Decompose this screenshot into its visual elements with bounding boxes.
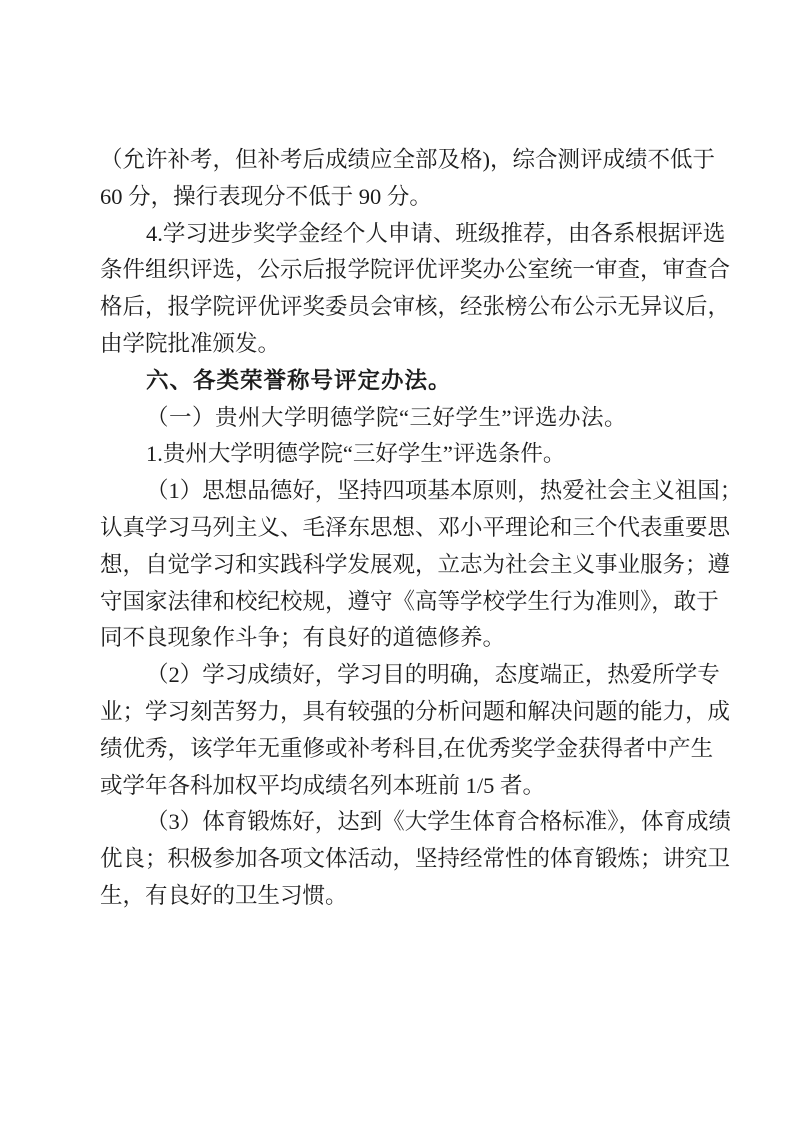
text-line: 条件组织评选，公示后报学院评优评奖办公室统一审查，审查合	[100, 252, 700, 289]
text-line: 守国家法律和校纪校规，遵守《高等学校学生行为准则》，敢于	[100, 584, 700, 621]
text-line: 或学年各科加权平均成绩名列本班前 1/5 者。	[100, 768, 700, 805]
text-line: （3）体育锻炼好，达到《大学生体育合格标准》，体育成绩	[100, 804, 700, 841]
text-line: 优良；积极参加各项文体活动，坚持经常性的体育锻炼；讲究卫	[100, 841, 700, 878]
text-line: 格后，报学院评优评奖委员会审核，经张榜公布公示无异议后，	[100, 289, 700, 326]
subsection-1-heading: （一）贵州大学明德学院“三好学生”评选办法。	[100, 400, 700, 437]
section-heading-text: 六、各类荣誉称号评定办法。	[100, 363, 700, 400]
subsection-heading-text: （一）贵州大学明德学院“三好学生”评选办法。	[100, 400, 700, 437]
text-line: （允许补考，但补考后成绩应全部及格)，综合测评成绩不低于	[100, 142, 700, 179]
item-1-conditions-heading: 1.贵州大学明德学院“三好学生”评选条件。	[100, 436, 700, 473]
paragraph-item-4-progress-scholarship: 4.学习进步奖学金经个人申请、班级推荐，由各系根据评选 条件组织评选，公示后报学…	[100, 216, 700, 363]
text-line: 同不良现象作斗争；有良好的道德修养。	[100, 620, 700, 657]
text-line: 60 分，操行表现分不低于 90 分。	[100, 179, 700, 216]
text-line: 业；学习刻苦努力，具有较强的分析问题和解决问题的能力，成	[100, 694, 700, 731]
text-line: 由学院批准颁发。	[100, 326, 700, 363]
text-line: （2）学习成绩好，学习目的明确，态度端正，热爱所学专	[100, 657, 700, 694]
text-line: 生，有良好的卫生习惯。	[100, 878, 700, 915]
paragraph-criterion-2-academic-performance: （2）学习成绩好，学习目的明确，态度端正，热爱所学专 业；学习刻苦努力，具有较强…	[100, 657, 700, 804]
text-line: 想，自觉学习和实践科学发展观，立志为社会主义事业服务；遵	[100, 547, 700, 584]
paragraph-criterion-1-moral-character: （1）思想品德好，坚持四项基本原则，热爱社会主义祖国； 认真学习马列主义、毛泽东…	[100, 473, 700, 657]
document-page: （允许补考，但补考后成绩应全部及格)，综合测评成绩不低于 60 分，操行表现分不…	[0, 0, 793, 1122]
text-line: 1.贵州大学明德学院“三好学生”评选条件。	[100, 436, 700, 473]
document-text-block: （允许补考，但补考后成绩应全部及格)，综合测评成绩不低于 60 分，操行表现分不…	[100, 142, 700, 915]
text-line: （1）思想品德好，坚持四项基本原则，热爱社会主义祖国；	[100, 473, 700, 510]
section-6-heading: 六、各类荣誉称号评定办法。	[100, 363, 700, 400]
text-line: 认真学习马列主义、毛泽东思想、邓小平理论和三个代表重要思	[100, 510, 700, 547]
paragraph-makeup-exam-continuation: （允许补考，但补考后成绩应全部及格)，综合测评成绩不低于 60 分，操行表现分不…	[100, 142, 700, 216]
paragraph-criterion-3-physical-exercise: （3）体育锻炼好，达到《大学生体育合格标准》，体育成绩 优良；积极参加各项文体活…	[100, 804, 700, 914]
text-line: 绩优秀，该学年无重修或补考科目,在优秀奖学金获得者中产生	[100, 731, 700, 768]
text-line: 4.学习进步奖学金经个人申请、班级推荐，由各系根据评选	[100, 216, 700, 253]
